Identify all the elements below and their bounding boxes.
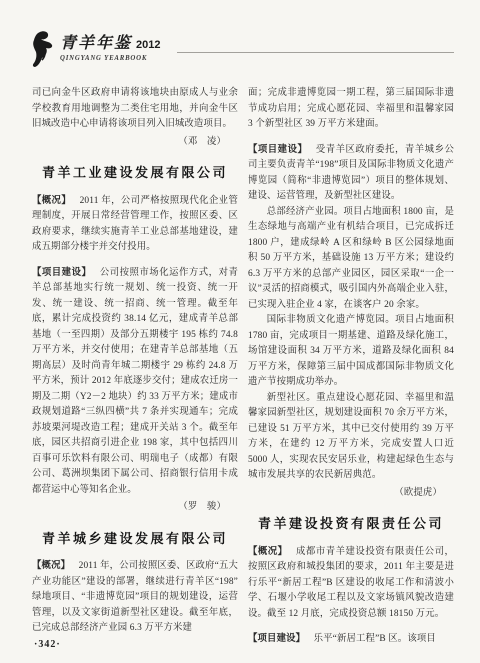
section-heading-qingyang-urban-rural: 青羊城乡建设发展有限公司 (32, 531, 238, 547)
entry-project-construction: 【项目建设】乐平“新居工程”B 区。该项目 (248, 630, 454, 648)
left-column: 司已向金牛区政府申请将该地块由原成人与业余学校教育用地调整为二类住宅用地，并向金… (32, 86, 238, 648)
entry-text: 成都市青羊建设投资有限责任公司，按照区政府和城投集团的要求，2011 年主要是进… (248, 547, 454, 619)
entry-label: 【项目建设】 (248, 632, 305, 643)
section-heading-qingyang-construction-investment: 青羊建设投资有限责任公司 (248, 516, 454, 532)
author-attribution: （罗 骏） (32, 500, 238, 516)
entry-text: 公司按照市场化运作方式，对青羊总部基地实行统一规划、统一投资、统一开发、统一建设… (32, 268, 238, 495)
continued-paragraph: 面；完成非遗博览园一期工程，第三届国际非遗节成功启用；完成心愿花园、幸福里和温馨… (248, 86, 454, 133)
entry-project-construction: 【项目建设】公司按照市场化运作方式，对青羊总部基地实行统一规划、统一投资、统一开… (32, 264, 238, 499)
entry-label: 【概况】 (32, 194, 71, 205)
entry-overview: 【概况】成都市青羊建设投资有限责任公司，按照区政府和城投集团的要求，2011 年… (248, 543, 454, 623)
section-heading-qingyang-industry: 青羊工业建设发展有限公司 (32, 165, 238, 181)
ink-figure-logo-icon (30, 30, 56, 73)
sub-paragraph-intangible-heritage-expo: 国际非物质文化遗产博览园。项目占地面积 1780 亩，完成项目一期基建、道路及绿… (248, 313, 454, 391)
entry-project-construction: 【项目建设】受青羊区政府委托，青羊城乡公司主要负责青羊“198”项目及国际非物质… (248, 141, 454, 205)
entry-overview: 【概况】2011 年，公司按照区委、区政府“五大产业功能区”建设的部署，继续进行… (32, 557, 238, 637)
page-number: ·342· (34, 639, 61, 650)
logo-year: 2012 (136, 39, 160, 51)
entry-label: 【项目建设】 (248, 143, 307, 154)
logo-text: 青羊年鉴 2012 QINGYANG YEARBOOK (60, 30, 161, 62)
entry-overview: 【概况】2011 年，公司严格按照现代化企业管理制度，开展日常经营管理工作，按照… (32, 192, 238, 256)
continued-paragraph: 司已向金牛区政府申请将该地块由原成人与业余学校教育用地调整为二类住宅用地，并向金… (32, 86, 238, 133)
entry-label: 【概况】 (248, 545, 288, 556)
logo-title-cn: 青羊年鉴 (60, 30, 132, 53)
page-header: 青羊年鉴 2012 QINGYANG YEARBOOK (0, 0, 480, 73)
author-attribution: （欧提虎） (248, 486, 454, 502)
text-columns: 司已向金牛区政府申请将该地块由原成人与业余学校教育用地调整为二类住宅用地，并向金… (0, 73, 480, 648)
entry-text: 2011 年，公司按照区委、区政府“五大产业功能区”建设的部署，继续进行青羊区“… (32, 561, 238, 633)
yearbook-page: 青羊年鉴 2012 QINGYANG YEARBOOK 司已向金牛区政府申请将该… (0, 0, 480, 663)
right-column: 面；完成非遗博览园一期工程，第三届国际非遗节成功启用；完成心愿花园、幸福里和温馨… (248, 86, 454, 648)
author-attribution: （邓 凌） (32, 135, 238, 151)
entry-text: 乐平“新居工程”B 区。该项目 (314, 634, 436, 644)
entry-label: 【项目建设】 (32, 266, 91, 277)
yearbook-logo: 青羊年鉴 2012 QINGYANG YEARBOOK (30, 30, 161, 73)
header-rule (177, 52, 455, 53)
sub-paragraph-headquarters-park: 总部经济产业园。项目占地面积 1800 亩，是生态绿地与高端产业有机结合项目，已… (248, 205, 454, 314)
entry-label: 【概况】 (32, 559, 70, 570)
logo-title-en: QINGYANG YEARBOOK (60, 55, 161, 62)
sub-paragraph-new-communities: 新型社区。重点建设心愿花园、幸福里和温馨家园新型社区，规划建设面积 70 余万平… (248, 391, 454, 484)
